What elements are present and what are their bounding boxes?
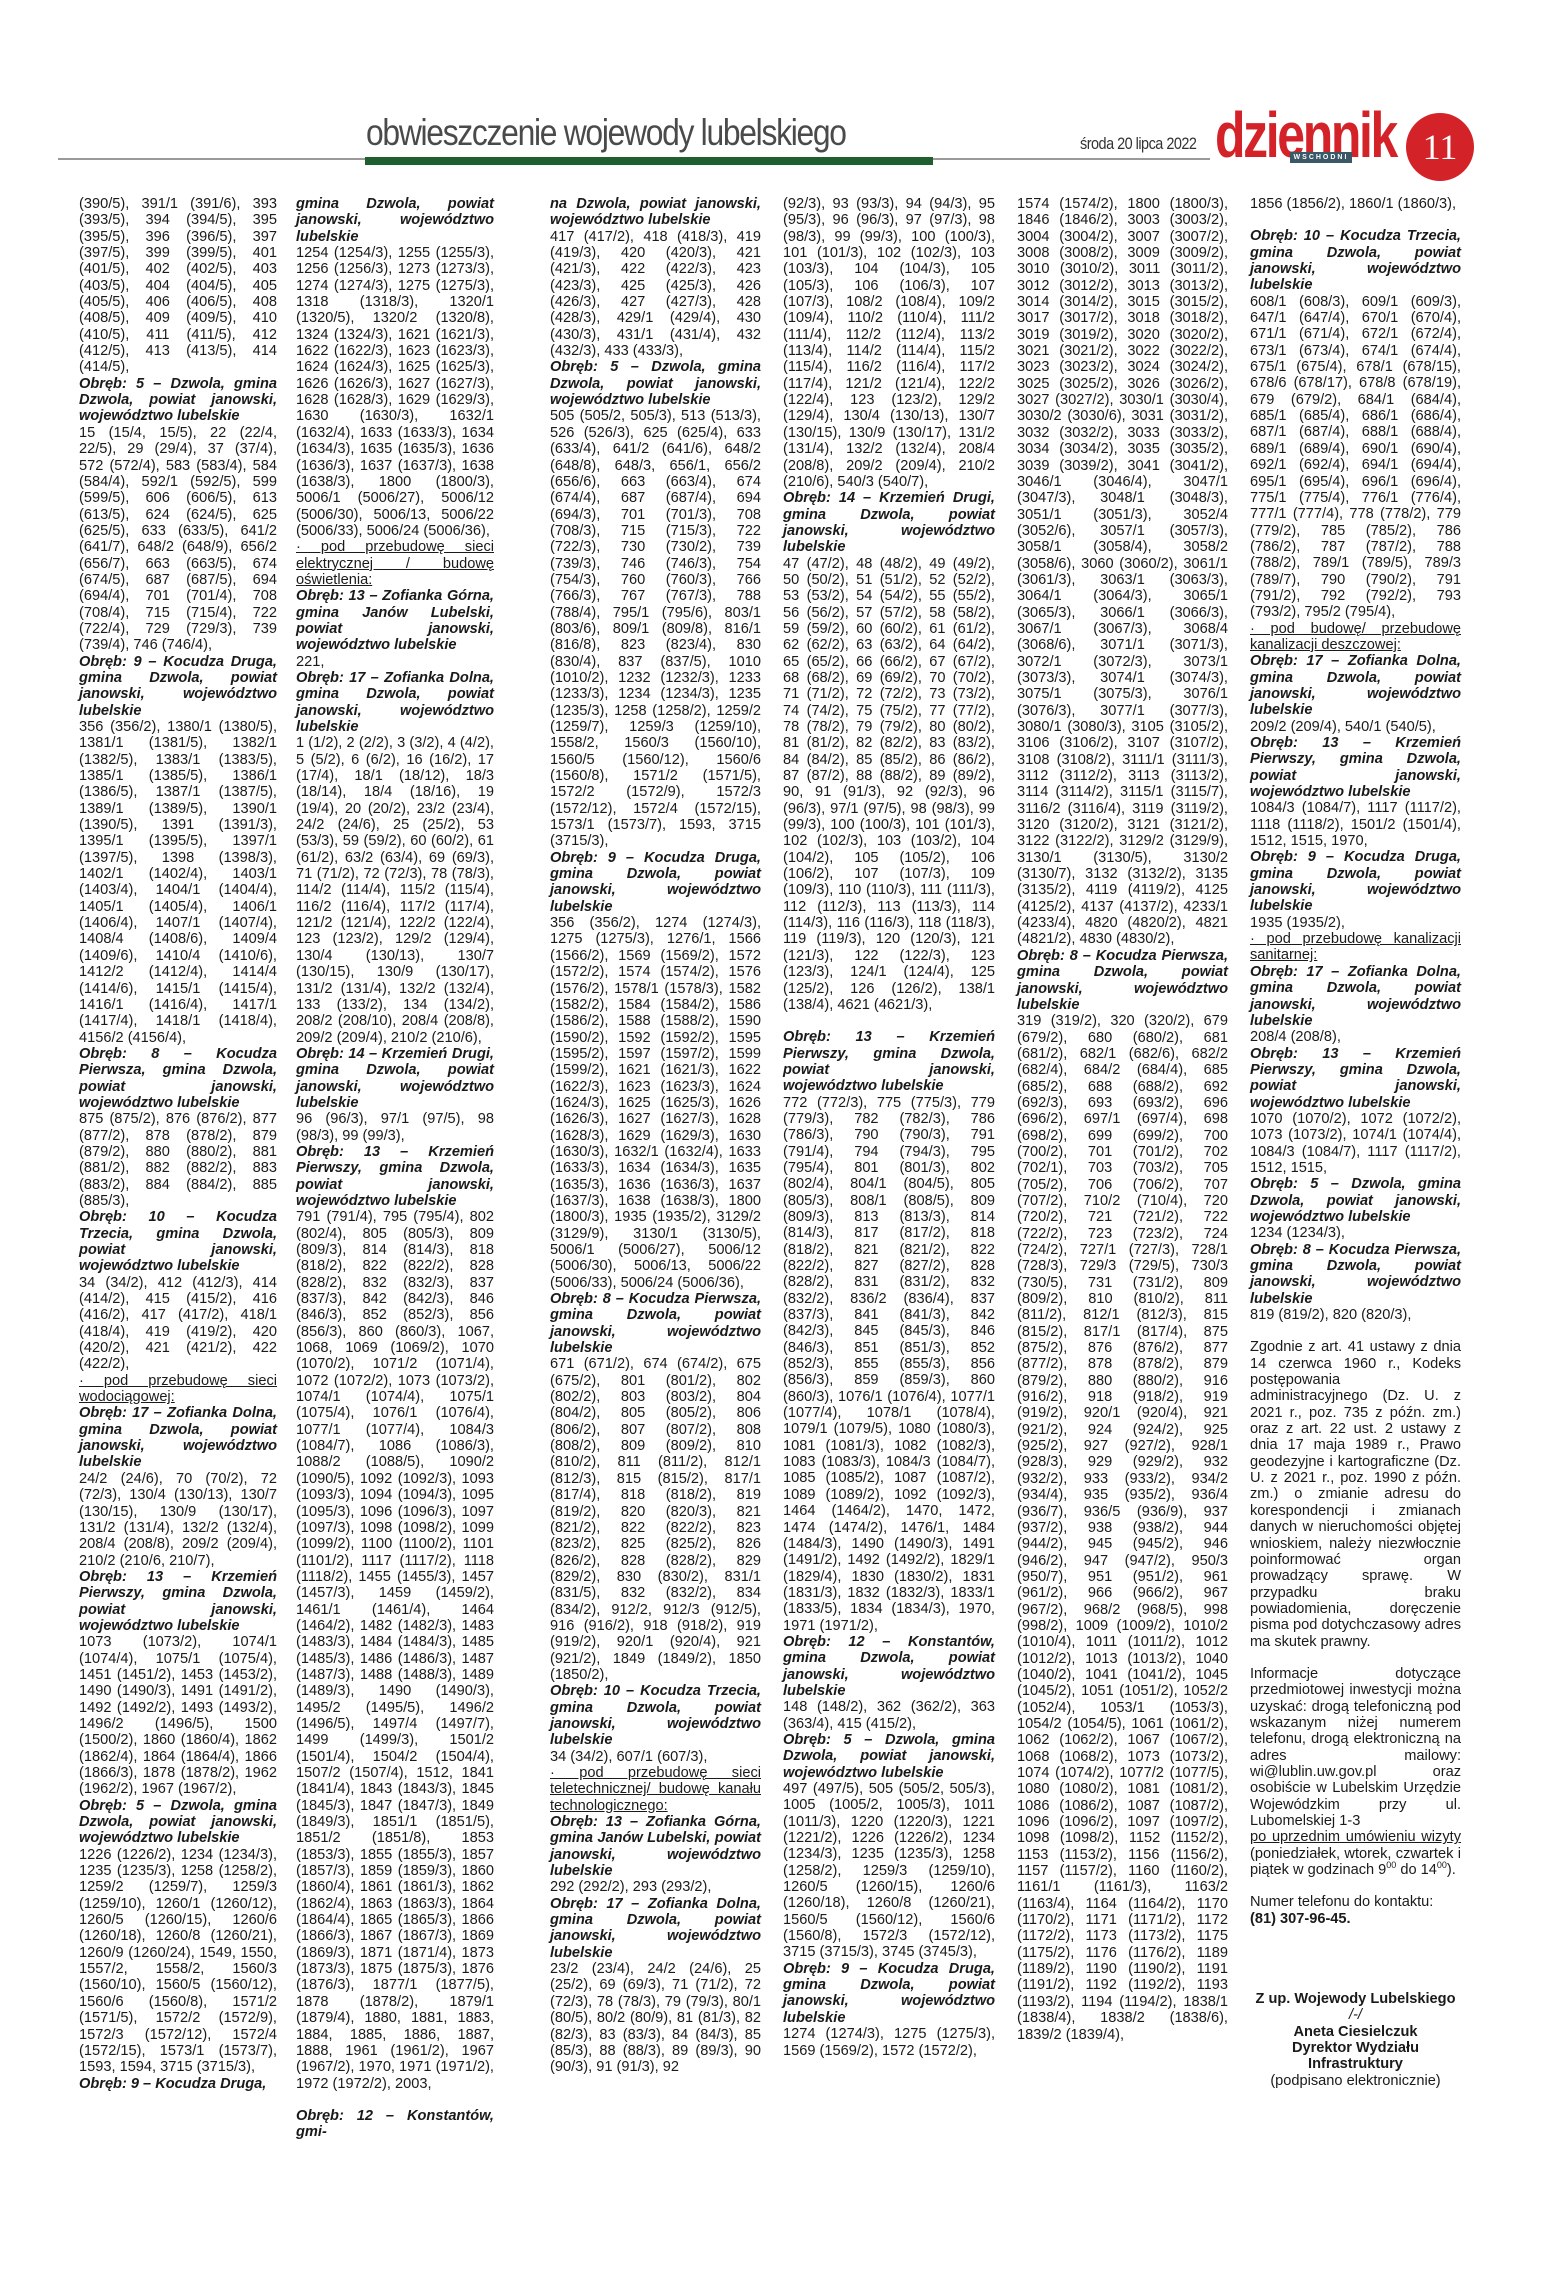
section-title: obwieszczenie wojewody lubelskiego [366, 112, 846, 154]
cadastral-area-heading: Obręb: 8 – Kocudza Pierwsza, gmina Dzwol… [1017, 948, 1228, 1013]
page-number-badge: 11 [1406, 113, 1474, 181]
parcel-list: 34 (34/2), 607/1 (607/3), [550, 1749, 761, 1765]
signature-note: (podpisano elektronicznie) [1250, 2073, 1461, 2089]
cadastral-area-heading: Obręb: 5 – Dzwola, gmina Dzwola, powiat … [79, 376, 277, 425]
cadastral-area-heading: Obręb: 13 – Krzemień Pierwszy, gmina Dzw… [296, 1144, 494, 1209]
parcel-list: 96 (96/3), 97/1 (97/5), 98 (98/3), 99 (9… [296, 1111, 494, 1144]
section-note: · pod przebudowę sieci teletechnicznej/ … [550, 1765, 761, 1814]
parcel-list: 1226 (1226/2), 1234 (1234/3), 1235 (1235… [79, 1847, 277, 2076]
cadastral-area-heading: Obręb: 5 – Dzwola, gmina Dzwola, powiat … [1250, 1176, 1461, 1225]
spacer [1250, 1878, 1461, 1894]
text-column-1: (390/5), 391/1 (391/6), 393 (393/5), 394… [79, 196, 277, 2092]
parcel-list: 356 (356/2), 1274 (1274/3), 1275 (1275/3… [550, 915, 761, 1291]
parcel-list: 209/2 (209/4), 540/1 (540/5), [1250, 719, 1461, 735]
parcel-list: 292 (292/2), 293 (293/2), [550, 1879, 761, 1895]
parcel-list: 23/2 (23/4), 24/2 (24/6), 25 (25/2), 69 … [550, 1961, 761, 2075]
parcel-list: 819 (819/2), 820 (820/3), [1250, 1307, 1461, 1323]
visit-note-underlined: po uprzednim umówieniu wizyty [1250, 1829, 1461, 1845]
cadastral-area-heading: Obręb: 8 – Kocudza Pierwsza, gmina Dzwol… [1250, 1242, 1461, 1307]
parcel-list: 1274 (1274/3), 1275 (1275/3), 1569 (1569… [783, 2026, 995, 2059]
cadastral-area-heading: Obręb: 10 – Kocudza Trzecia, gmina Dzwol… [79, 1209, 277, 1274]
parcel-list: 1070 (1070/2), 1072 (1072/2), 1073 (1073… [1250, 1111, 1461, 1176]
cadastral-area-heading: Obręb: 17 – Zofianka Dolna, gmina Dzwola… [1250, 964, 1461, 1029]
cadastral-area-heading: na Dzwola, powiat janowski, województwo … [550, 196, 761, 229]
parcel-list: 1 (1/2), 2 (2/2), 3 (3/2), 4 (4/2), 5 (5… [296, 735, 494, 1046]
header-accent-bar [365, 157, 933, 165]
signatory-role: Dyrektor Wydziału Infrastruktury [1250, 2040, 1461, 2073]
cadastral-area-heading: Obręb: 12 – Konstantów, gmina Dzwola, po… [783, 1634, 995, 1699]
section-note: · pod przebudowę sieci elektrycznej / bu… [296, 539, 494, 588]
cadastral-area-heading: Obręb: 5 – Dzwola, gmina Dzwola, powiat … [783, 1732, 995, 1781]
parcel-list: 1856 (1856/2), 1860/1 (1860/3), [1250, 196, 1461, 212]
parcel-list: 1935 (1935/2), [1250, 915, 1461, 931]
spacer [296, 2092, 494, 2108]
signature-block: Z up. Wojewody Lubelskiego /-/ Aneta Cie… [1250, 1991, 1461, 2089]
text-column-2: gmina Dzwola, powiat janowski, województ… [296, 196, 494, 2141]
parcel-list: 875 (875/2), 876 (876/2), 877 (877/2), 8… [79, 1111, 277, 1209]
parcel-list: 1084/3 (1084/7), 1117 (1117/2), 1118 (11… [1250, 800, 1461, 849]
cadastral-area-heading: Obręb: 12 – Konstantów, gmi- [296, 2108, 494, 2141]
cadastral-area-heading: Obręb: 5 – Dzwola, gmina Dzwola, powiat … [550, 359, 761, 408]
cadastral-area-heading: Obręb: 9 – Kocudza Druga, gmina Dzwola, … [550, 850, 761, 915]
contact-phone: (81) 307-96-45. [1250, 1911, 1461, 1927]
parcel-list: 791 (791/4), 795 (795/4), 802 (802/4), 8… [296, 1209, 494, 2092]
cadastral-area-heading: Obręb: 14 – Krzemień Drugi, gmina Dzwola… [296, 1046, 494, 1111]
cadastral-area-heading: Obręb: 13 – Zofianka Górna, gmina Janów … [296, 588, 494, 653]
parcel-list: (92/3), 93 (93/3), 94 (94/3), 95 (95/3),… [783, 196, 995, 490]
signatory-name: Aneta Ciesielczuk [1250, 2024, 1461, 2040]
cadastral-area-heading: Obręb: 9 – Kocudza Druga, gmina Dzwola, … [79, 654, 277, 719]
parcel-list: 15 (15/4, 15/5), 22 (22/4, 22/5), 29 (29… [79, 425, 277, 654]
parcel-list: 148 (148/2), 362 (362/2), 363 (363/4), 4… [783, 1699, 995, 1732]
parcel-list: 1234 (1234/3), [1250, 1225, 1461, 1241]
parcel-list: 417 (417/2), 418 (418/3), 419 (419/3), 4… [550, 229, 761, 360]
parcel-list: 505 (505/2, 505/3), 513 (513/3), 526 (52… [550, 408, 761, 849]
spacer [1250, 1323, 1461, 1339]
parcel-list: 1574 (1574/2), 1800 (1800/3), 1846 (1846… [1017, 196, 1228, 948]
cadastral-area-heading: Obręb: 14 – Krzemień Drugi, gmina Dzwola… [783, 490, 995, 555]
parcel-list: 608/1 (608/3), 609/1 (609/3), 647/1 (647… [1250, 294, 1461, 621]
cadastral-area-heading: Obręb: 10 – Kocudza Trzecia, gmina Dzwol… [1250, 228, 1461, 293]
cadastral-area-heading: Obręb: 13 – Krzemień Pierwszy, gmina Dzw… [1250, 1046, 1461, 1111]
parcel-list: Zgodnie z art. 41 ustawy z dnia 14 czerw… [1250, 1339, 1461, 1650]
cadastral-area-heading: Obręb: 13 – Krzemień Pierwszy, gmina Dzw… [783, 1029, 995, 1094]
newspaper-logo-sub: WSCHODNI [1290, 152, 1352, 163]
cadastral-area-heading: Obręb: 17 – Zofianka Dolna, gmina Dzwola… [1250, 653, 1461, 718]
parcel-list: 47 (47/2), 48 (48/2), 49 (49/2), 50 (50/… [783, 556, 995, 1014]
column-6-blocks: 1856 (1856/2), 1860/1 (1860/3),Obręb: 10… [1250, 196, 1461, 1829]
parcel-list: 24/2 (24/6), 70 (70/2), 72 (72/3), 130/4… [79, 1471, 277, 1569]
text-column-5: 1574 (1574/2), 1800 (1800/3), 1846 (1846… [1017, 196, 1228, 2043]
signature-authority: Z up. Wojewody Lubelskiego [1250, 1991, 1461, 2007]
cadastral-area-heading: Obręb: 10 – Kocudza Trzecia, gmina Dzwol… [550, 1683, 761, 1748]
parcel-list: 1254 (1254/3), 1255 (1255/3), 1256 (1256… [296, 245, 494, 539]
cadastral-area-heading: Obręb: 17 – Zofianka Dolna, gmina Dzwola… [79, 1405, 277, 1470]
cadastral-area-heading: Obręb: 13 – Krzemień Pierwszy, gmina Dzw… [79, 1569, 277, 1634]
parcel-list: 221, [296, 654, 494, 670]
cadastral-area-heading: Obręb: 17 – Zofianka Dolna, gmina Dzwola… [550, 1896, 761, 1961]
visit-note: po uprzednim umówieniu wizyty (poniedzia… [1250, 1829, 1461, 1878]
cadastral-area-heading: Obręb: 8 – Kocudza Pierwsza, gmina Dzwol… [550, 1291, 761, 1356]
section-note: · pod budowę/ przebudowę kanalizacji des… [1250, 621, 1461, 654]
page-header: obwieszczenie wojewody lubelskiego środa… [0, 0, 1558, 175]
section-note: · pod przebudowę sieci wodociągowej: [79, 1373, 277, 1406]
parcel-list: 319 (319/2), 320 (320/2), 679 (679/2), 6… [1017, 1013, 1228, 2043]
cadastral-area-heading: gmina Dzwola, powiat janowski, województ… [296, 196, 494, 245]
cadastral-area-heading: Obręb: 9 – Kocudza Druga, gmina Dzwola, … [1250, 849, 1461, 914]
parcel-list: 208/4 (208/8), [1250, 1029, 1461, 1045]
cadastral-area-heading: Obręb: 13 – Krzemień Pierwszy, gmina Dzw… [1250, 735, 1461, 800]
text-column-4: (92/3), 93 (93/3), 94 (94/3), 95 (95/3),… [783, 196, 995, 2059]
cadastral-area-heading: Obręb: 17 – Zofianka Dolna, gmina Dzwola… [296, 670, 494, 735]
cadastral-area-heading: Obręb: 8 – Kocudza Pierwsza, gmina Dzwol… [79, 1046, 277, 1111]
spacer [1250, 1927, 1461, 1991]
section-note: · pod przebudowę kanalizacji sanitarnej: [1250, 931, 1461, 964]
spacer [1250, 212, 1461, 228]
parcel-list: 671 (671/2), 674 (674/2), 675 (675/2), 8… [550, 1356, 761, 1683]
text-column-3: na Dzwola, powiat janowski, województwo … [550, 196, 761, 2076]
parcel-list: Informacje dotyczące przedmiotowej inwes… [1250, 1666, 1461, 1829]
spacer [783, 1013, 995, 1029]
parcel-list: 772 (772/3), 775 (775/3), 779 (779/3), 7… [783, 1095, 995, 1634]
parcel-list: 1073 (1073/2), 1074/1 (1074/4), 1075/1 (… [79, 1634, 277, 1797]
cadastral-area-heading: Obręb: 9 – Kocudza Druga, [79, 2076, 277, 2092]
cadastral-area-heading: Obręb: 13 – Zofianka Górna, gmina Janów … [550, 1814, 761, 1879]
date-underline [1080, 158, 1210, 160]
contact-label: Numer telefonu do kontaktu: [1250, 1894, 1461, 1910]
parcel-list: 356 (356/2), 1380/1 (1380/5), 1381/1 (13… [79, 719, 277, 1046]
cadastral-area-heading: Obręb: 5 – Dzwola, gmina Dzwola, powiat … [79, 1798, 277, 1847]
parcel-list: 497 (497/5), 505 (505/2, 505/3), 1005 (1… [783, 1781, 995, 1961]
parcel-list: 34 (34/2), 412 (412/3), 414 (414/2), 415… [79, 1275, 277, 1373]
parcel-list: (390/5), 391/1 (391/6), 393 (393/5), 394… [79, 196, 277, 376]
spacer [1250, 1650, 1461, 1666]
issue-date: środa 20 lipca 2022 [1080, 134, 1196, 154]
text-column-6: 1856 (1856/2), 1860/1 (1860/3),Obręb: 10… [1250, 196, 1461, 2089]
signature-mark: /-/ [1250, 2007, 1461, 2023]
cadastral-area-heading: Obręb: 9 – Kocudza Druga, gmina Dzwola, … [783, 1961, 995, 2026]
